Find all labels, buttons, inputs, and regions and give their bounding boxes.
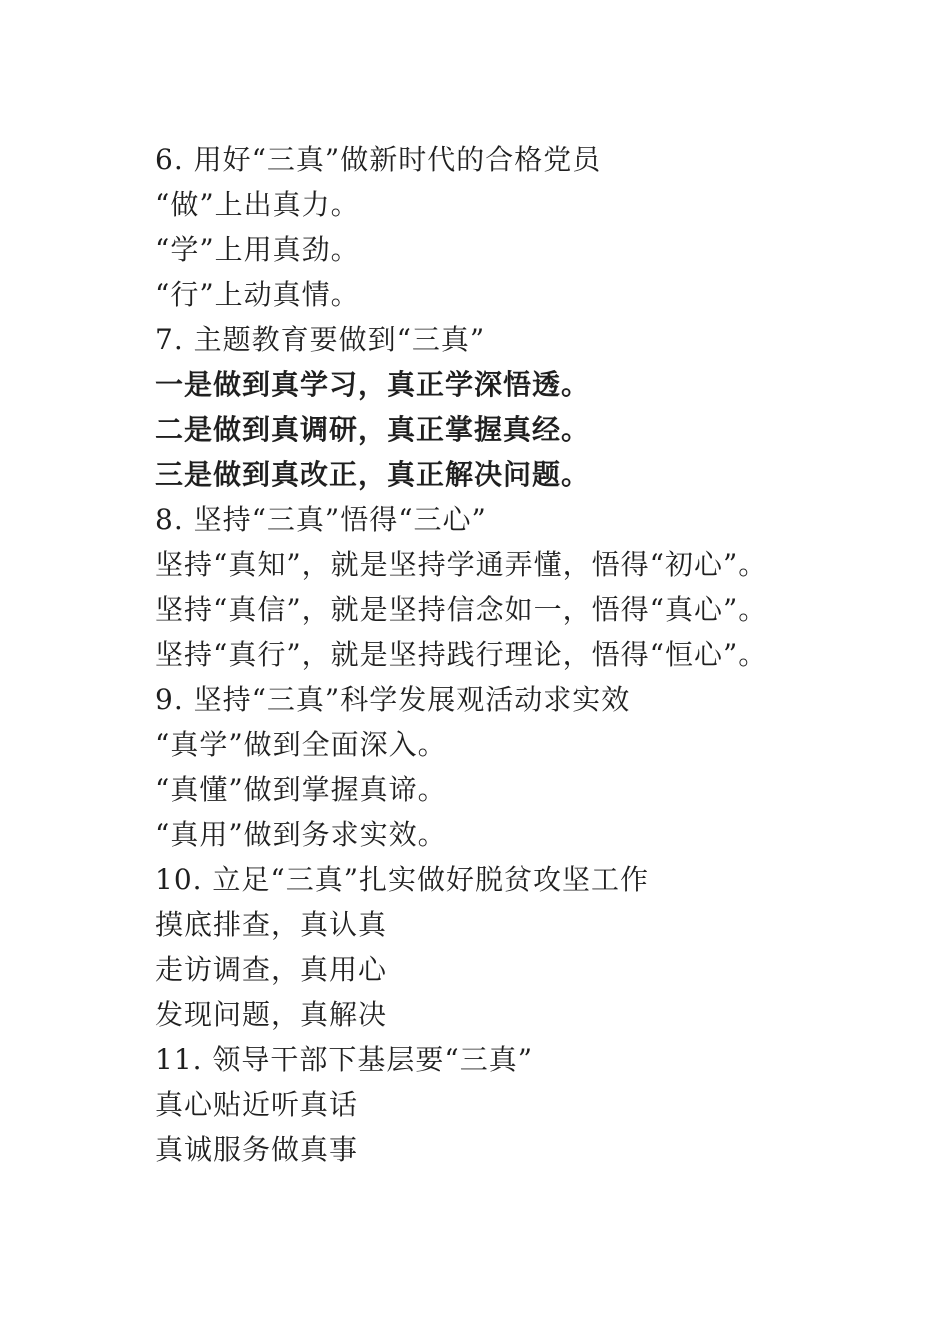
body-line: 真诚服务做真事	[155, 1127, 815, 1172]
section-heading: 8. 坚持“三真”悟得“三心”	[155, 497, 815, 542]
body-line: 走访调查，真用心	[155, 947, 815, 992]
body-line: “学”上用真劲。	[155, 227, 815, 272]
body-line: 摸底排查，真认真	[155, 902, 815, 947]
text-content: 6. 用好“三真”做新时代的合格党员 “做”上出真力。 “学”上用真劲。 “行”…	[155, 137, 815, 1172]
body-line: 二是做到真调研，真正掌握真经。	[155, 407, 815, 452]
section-heading: 11. 领导干部下基层要“三真”	[155, 1037, 815, 1082]
body-line: 坚持“真信”，就是坚持信念如一，悟得“真心”。	[155, 587, 815, 632]
body-line: “做”上出真力。	[155, 182, 815, 227]
section-heading: 7. 主题教育要做到“三真”	[155, 317, 815, 362]
body-line: 真心贴近听真话	[155, 1082, 815, 1127]
body-line: “真懂”做到掌握真谛。	[155, 767, 815, 812]
document-page: 6. 用好“三真”做新时代的合格党员 “做”上出真力。 “学”上用真劲。 “行”…	[0, 0, 950, 1344]
body-line: “行”上动真情。	[155, 272, 815, 317]
body-line: 坚持“真知”，就是坚持学通弄懂，悟得“初心”。	[155, 542, 815, 587]
body-line: “真用”做到务求实效。	[155, 812, 815, 857]
section-heading: 9. 坚持“三真”科学发展观活动求实效	[155, 677, 815, 722]
section-heading: 10. 立足“三真”扎实做好脱贫攻坚工作	[155, 857, 815, 902]
body-line: 发现问题，真解决	[155, 992, 815, 1037]
body-line: “真学”做到全面深入。	[155, 722, 815, 767]
body-line: 坚持“真行”，就是坚持践行理论，悟得“恒心”。	[155, 632, 815, 677]
section-heading: 6. 用好“三真”做新时代的合格党员	[155, 137, 815, 182]
body-line: 一是做到真学习，真正学深悟透。	[155, 362, 815, 407]
body-line: 三是做到真改正，真正解决问题。	[155, 452, 815, 497]
